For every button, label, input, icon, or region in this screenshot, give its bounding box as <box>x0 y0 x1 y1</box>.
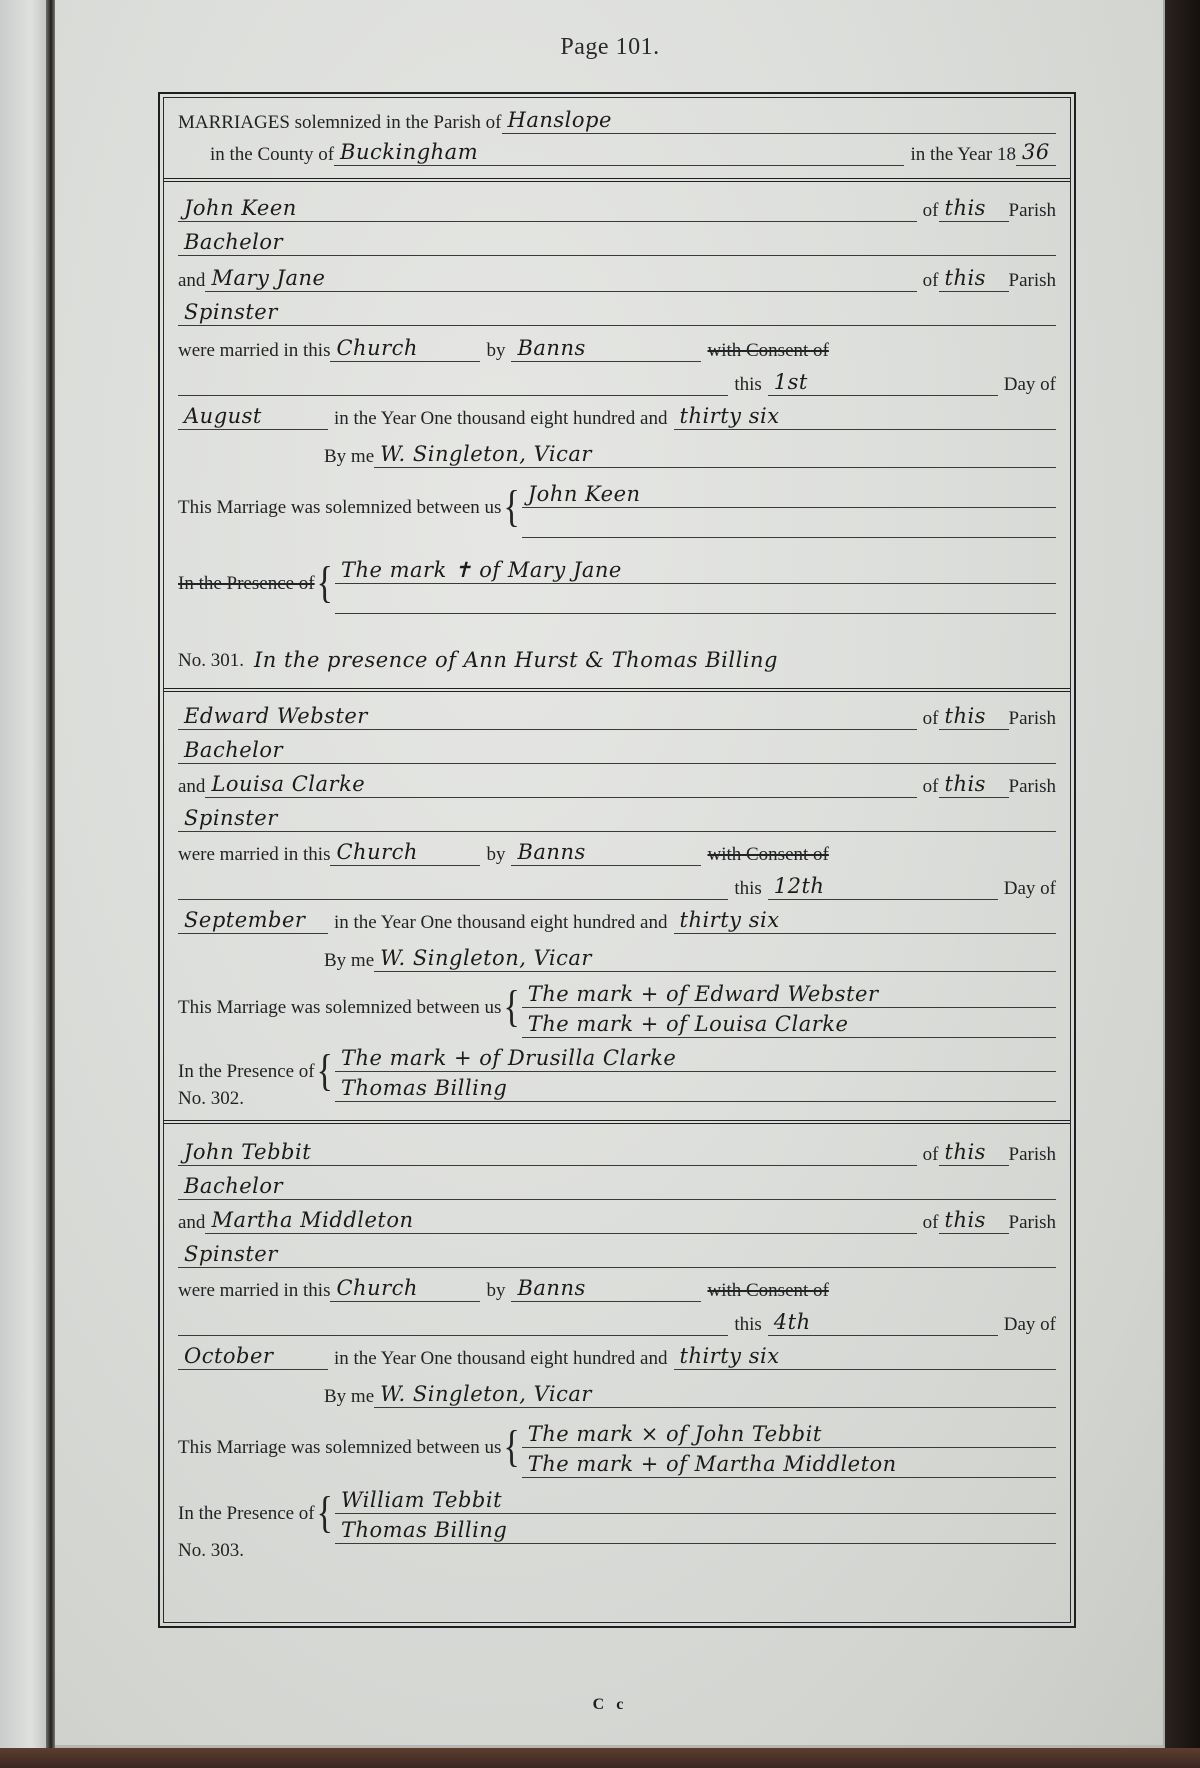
page-number: Page 101. <box>55 34 1165 61</box>
year-words: thirty six <box>680 404 780 428</box>
brace-icon: { <box>317 1492 333 1536</box>
bride-signature: The mark ✝ of Mary Jane <box>341 558 622 582</box>
with-consent-label: with Consent of <box>707 844 828 866</box>
parish-label: Parish <box>1009 1212 1057 1234</box>
parish-label: Parish <box>1009 200 1057 222</box>
header-line1-label: MARRIAGES solemnized in the Parish of <box>178 112 502 134</box>
month: September <box>184 908 305 932</box>
married-in-label: were married in this <box>178 340 330 362</box>
witness-1: William Tebbit <box>341 1488 502 1512</box>
officiant: W. Singleton, Vicar <box>380 442 592 466</box>
witness-1: The mark + of Drusilla Clarke <box>341 1046 676 1070</box>
married-in-label: were married in this <box>178 844 330 866</box>
of-label: of <box>923 200 939 222</box>
book-cover-edge <box>1165 0 1200 1768</box>
groom-condition: Bachelor <box>184 1174 283 1198</box>
groom-signature: The mark + of Edward Webster <box>528 982 879 1006</box>
witness-2: Thomas Billing <box>341 1518 507 1542</box>
parish-label: Parish <box>1009 776 1057 798</box>
entry-number: No. 303. <box>178 1540 244 1562</box>
by-me-label: By me <box>324 1386 374 1408</box>
this-label: this <box>734 374 761 396</box>
year-value: 36 <box>1022 140 1050 164</box>
marriage-entry-302: Edward Webster of this Parish Bachelor a… <box>164 696 1070 1124</box>
method: Banns <box>517 336 585 360</box>
groom-signature: John Keen <box>528 482 641 506</box>
parish-value: Hanslope <box>508 108 612 132</box>
brace-icon: { <box>503 986 519 1030</box>
bride-parish: this <box>945 1208 986 1232</box>
year-field: 36 <box>1016 140 1056 166</box>
of-label: of <box>923 1212 939 1234</box>
of-label: of <box>923 1144 939 1166</box>
this-label: this <box>734 878 761 900</box>
of-label: of <box>923 708 939 730</box>
marriage-entry-301: John Keen of this Parish Bachelor and Ma… <box>164 186 1070 692</box>
bride-parish: this <box>945 266 986 290</box>
parish-field: Hanslope <box>502 108 1056 134</box>
day-of-label: Day of <box>1004 878 1056 900</box>
groom-parish: this <box>945 1140 986 1164</box>
brace-icon: { <box>503 486 519 530</box>
of-label: of <box>923 776 939 798</box>
brace-icon: { <box>503 1426 519 1470</box>
groom-name: Edward Webster <box>184 704 368 728</box>
solemnized-label: This Marriage was solemnized between us <box>178 497 501 519</box>
groom-parish: this <box>945 196 986 220</box>
groom-name: John Keen <box>184 196 297 220</box>
place: Church <box>336 336 417 360</box>
day: 12th <box>774 874 825 898</box>
county-value: Buckingham <box>340 140 478 164</box>
of-label: of <box>923 270 939 292</box>
month: August <box>184 404 262 428</box>
day: 4th <box>774 1310 811 1334</box>
bride-condition: Spinster <box>184 1242 278 1266</box>
groom-condition: Bachelor <box>184 230 283 254</box>
witness-note: In the presence of Ann Hurst & Thomas Bi… <box>254 648 778 672</box>
groom-signature: The mark × of John Tebbit <box>528 1422 822 1446</box>
marriage-entry-303: John Tebbit of this Parish Bachelor and … <box>164 1128 1070 1626</box>
county-field: Buckingham <box>334 140 904 166</box>
solemnized-label: This Marriage was solemnized between us <box>178 1437 501 1459</box>
method: Banns <box>517 1276 585 1300</box>
and-label: and <box>178 776 205 798</box>
year-text-label: in the Year One thousand eight hundred a… <box>334 408 668 430</box>
bride-parish: this <box>945 772 986 796</box>
printer-signature-mark: C c <box>55 1696 1165 1714</box>
header-line2-label: in the County of <box>210 144 334 166</box>
and-label: and <box>178 270 205 292</box>
groom-name-field: John Keen <box>178 196 917 222</box>
officiant: W. Singleton, Vicar <box>380 946 592 970</box>
place: Church <box>336 1276 417 1300</box>
table-surface <box>0 1748 1200 1768</box>
this-label: this <box>734 1314 761 1336</box>
parish-label: Parish <box>1009 270 1057 292</box>
groom-name: John Tebbit <box>184 1140 311 1164</box>
brace-icon: { <box>317 562 333 606</box>
year-text-label: in the Year One thousand eight hundred a… <box>334 1348 668 1370</box>
bride-signature: The mark + of Martha Middleton <box>528 1452 897 1476</box>
register-page: Page 101. MARRIAGES solemnized in the Pa… <box>55 0 1165 1748</box>
with-consent-label: with Consent of <box>707 1280 828 1302</box>
bride-signature: The mark + of Louisa Clarke <box>528 1012 849 1036</box>
presence-label: In the Presence of <box>178 1503 315 1525</box>
method: Banns <box>517 840 585 864</box>
by-me-label: By me <box>324 950 374 972</box>
bride-name: Martha Middleton <box>211 1208 413 1232</box>
day-of-label: Day of <box>1004 374 1056 396</box>
groom-parish: this <box>945 704 986 728</box>
married-in-label: were married in this <box>178 1280 330 1302</box>
presence-label: In the Presence of <box>178 1061 315 1083</box>
with-consent-label: with Consent of <box>707 340 828 362</box>
by-label: by <box>486 1280 505 1302</box>
year-words: thirty six <box>680 908 780 932</box>
and-label: and <box>178 1212 205 1234</box>
year-words: thirty six <box>680 1344 780 1368</box>
day: 1st <box>774 370 808 394</box>
parish-label: Parish <box>1009 1144 1057 1166</box>
parish-label: Parish <box>1009 708 1057 730</box>
register-header: MARRIAGES solemnized in the Parish of Ha… <box>164 98 1070 182</box>
bride-name: Louisa Clarke <box>211 772 365 796</box>
facing-page-edge <box>0 0 52 1768</box>
entry-number: No. 302. <box>178 1088 244 1110</box>
year-label: in the Year 18 <box>910 144 1016 166</box>
groom-condition: Bachelor <box>184 738 283 762</box>
day-of-label: Day of <box>1004 1314 1056 1336</box>
officiant: W. Singleton, Vicar <box>380 1382 592 1406</box>
solemnized-label: This Marriage was solemnized between us <box>178 997 501 1019</box>
by-label: by <box>486 340 505 362</box>
bride-condition: Spinster <box>184 300 278 324</box>
bride-name: Mary Jane <box>211 266 325 290</box>
place: Church <box>336 840 417 864</box>
marriage-register: MARRIAGES solemnized in the Parish of Ha… <box>158 92 1076 1628</box>
month: October <box>184 1344 273 1368</box>
by-label: by <box>486 844 505 866</box>
year-text-label: in the Year One thousand eight hundred a… <box>334 912 668 934</box>
by-me-label: By me <box>324 446 374 468</box>
entry-number: No. 301. <box>178 650 244 672</box>
bride-condition: Spinster <box>184 806 278 830</box>
presence-label-struck: In the Presence of <box>178 573 315 595</box>
